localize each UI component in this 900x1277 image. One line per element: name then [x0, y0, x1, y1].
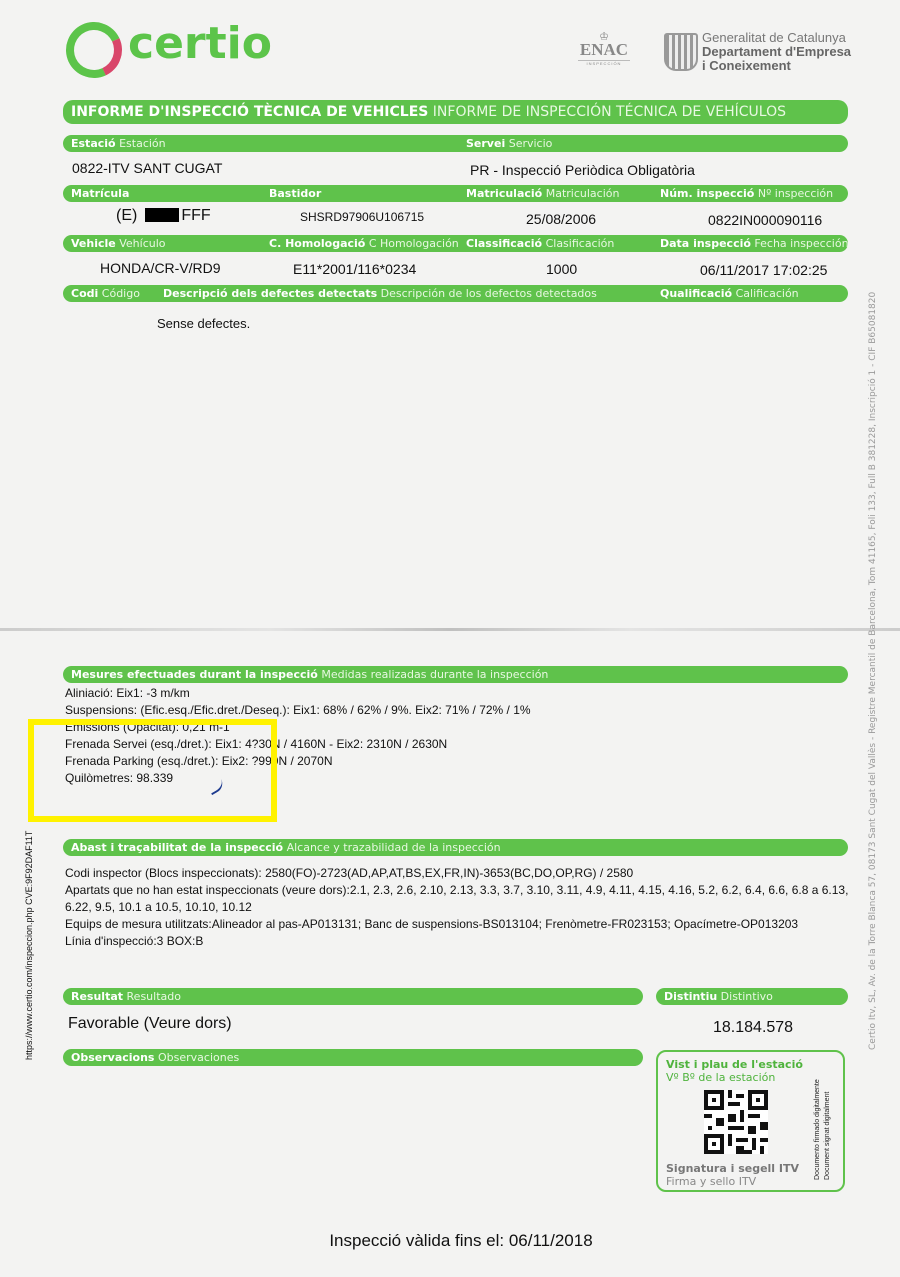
- label-servei: Servei: [466, 137, 505, 150]
- signature-foot-es: Firma y sello ITV: [666, 1175, 756, 1188]
- vehicle-value: HONDA/CR-V/RD9: [100, 260, 221, 276]
- generalitat-line3: i Coneixement: [702, 59, 851, 73]
- label-observacions: Observacions: [71, 1051, 154, 1064]
- station-service-header: Estació Estación Servei Servicio: [63, 135, 848, 152]
- label-calificacion: Calificación: [736, 287, 799, 300]
- label-resultado: Resultado: [127, 990, 181, 1003]
- label-classificacio: Classificació: [466, 237, 542, 250]
- measure-line: Suspensions: (Efic.esq./Efic.dret./Deseq…: [65, 703, 531, 717]
- label-vehicle: Vehicle: [71, 237, 116, 250]
- defects-header: Codi Código Descripció dels defectes det…: [63, 285, 848, 302]
- label-estacion: Estación: [119, 137, 166, 150]
- label-homologacio: C. Homologació: [269, 237, 365, 250]
- label-descripcion: Descripción de los defectos detectados: [381, 287, 597, 300]
- report-title: INFORME D'INSPECCIÓ TÈCNICA DE VEHICLES …: [63, 100, 848, 124]
- validity-text: Inspecció vàlida fins el: 06/11/2018: [0, 1231, 900, 1251]
- label-abast: Abast i traçabilitat de la inspecció: [71, 841, 283, 854]
- certio-logo-icon: [58, 14, 130, 86]
- distintiu-header: Distintiu Distintivo: [656, 988, 848, 1005]
- label-medidas: Medidas realizadas durante la inspección: [321, 668, 548, 681]
- label-num-inspeccion: Nº inspección: [758, 187, 833, 200]
- qr-code-icon: [704, 1090, 768, 1154]
- defects-text: Sense defectes.: [157, 316, 250, 331]
- label-matriculacion: Matriculación: [546, 187, 620, 200]
- inspection-date-value: 06/11/2017 17:02:25: [700, 262, 827, 278]
- signature-foot-ca: Signatura i segell ITV: [666, 1162, 799, 1175]
- label-codigo: Código: [102, 287, 140, 300]
- label-resultat: Resultat: [71, 990, 123, 1003]
- paper-fold: [0, 628, 900, 631]
- label-vehiculo: Vehículo: [119, 237, 165, 250]
- label-homologacion: C Homologación: [369, 237, 459, 250]
- distintiu-value: 18.184.578: [713, 1019, 793, 1037]
- label-matricula: Matrícula: [71, 187, 129, 200]
- signature-title-ca: Vist i plau de l'estació: [666, 1058, 803, 1071]
- measure-value: (Efic.esq./Efic.dret./Deseq.): Eix1: 68%…: [140, 703, 530, 717]
- title-es: INFORME DE INSPECCIÓN TÉCNICA DE VEHÍCUL…: [433, 104, 786, 120]
- label-bastidor: Bastidor: [269, 187, 321, 200]
- plate-prefix: (E): [116, 207, 137, 224]
- classification-value: 1000: [546, 261, 577, 277]
- title-ca: INFORME D'INSPECCIÓ TÈCNICA DE VEHICLES: [71, 104, 428, 120]
- registration-date-value: 25/08/2006: [526, 211, 596, 227]
- inspection-number-value: 0822IN000090116: [708, 212, 822, 228]
- label-estacio: Estació: [71, 137, 116, 150]
- signature-title-es: Vº Bº de la estación: [666, 1071, 775, 1084]
- vehicle-id-header: Matrícula Bastidor Matriculació Matricul…: [63, 185, 848, 202]
- digital-signature-ca: Document signat digitalment: [824, 1092, 831, 1180]
- label-matriculacio: Matriculació: [466, 187, 542, 200]
- label-alcance: Alcance y trazabilidad de la inspección: [287, 841, 501, 854]
- service-value: PR - Inspecció Periòdica Obligatòria: [470, 162, 695, 178]
- highlight-box: [28, 719, 277, 822]
- vin-value: SHSRD97906U106715: [300, 210, 424, 224]
- certio-logo-text: certio: [128, 18, 272, 69]
- observations-header: Observacions Observaciones: [63, 1049, 643, 1066]
- label-mesures: Mesures efectuades durant la inspecció: [71, 668, 318, 681]
- enac-logo: ♔ ENAC INSPECCIÓN: [578, 32, 630, 66]
- plate-suffix: FFF: [181, 207, 210, 224]
- signature-footer: Signatura i segell ITV Firma y sello ITV: [666, 1162, 799, 1188]
- generalitat-emblem-icon: [664, 33, 698, 71]
- measure-label: Suspensions:: [65, 703, 137, 717]
- measures-header: Mesures efectuades durant la inspecció M…: [63, 666, 848, 683]
- label-servicio: Servicio: [509, 137, 553, 150]
- scope-header: Abast i traçabilitat de la inspecció Alc…: [63, 839, 848, 856]
- label-descripcio: Descripció dels defectes detectats: [163, 287, 377, 300]
- label-qualificacio: Qualificació: [660, 287, 732, 300]
- scope-line: Línia d'inspecció:3 BOX:B: [65, 933, 850, 950]
- label-distintivo: Distintivo: [721, 990, 773, 1003]
- measure-line: Aliniació: Eix1: -3 m/km: [65, 686, 190, 700]
- measure-label: Aliniació:: [65, 686, 113, 700]
- generalitat-line2: Departament d'Empresa: [702, 45, 851, 59]
- generalitat-line1: Generalitat de Catalunya: [702, 31, 851, 45]
- homologation-value: E11*2001/116*0234: [293, 261, 416, 277]
- signature-box: Vist i plau de l'estació Vº Bº de la est…: [656, 1050, 845, 1192]
- label-num-inspeccio: Núm. inspecció: [660, 187, 754, 200]
- result-header: Resultat Resultado: [63, 988, 643, 1005]
- verification-url: https://www.certio.com/inspeccion.php CV…: [24, 831, 34, 1060]
- plate-value: (E)FFF: [116, 207, 211, 225]
- enac-name: ENAC: [578, 42, 630, 58]
- digital-signature-es: Documento firmado digitalmente: [814, 1079, 821, 1180]
- signature-title: Vist i plau de l'estació Vº Bº de la est…: [666, 1058, 803, 1084]
- measure-value: Eix1: -3 m/km: [116, 686, 189, 700]
- label-data-inspeccio: Data inspecció: [660, 237, 751, 250]
- station-value: 0822-ITV SANT CUGAT: [72, 160, 222, 176]
- result-value: Favorable (Veure dors): [68, 1015, 232, 1033]
- label-observaciones: Observaciones: [158, 1051, 239, 1064]
- label-distintiu: Distintiu: [664, 990, 717, 1003]
- label-fecha-inspeccion: Fecha inspección: [754, 237, 848, 250]
- label-clasificacion: Clasificación: [546, 237, 615, 250]
- company-legal-info: Certio Itv, SL, Av. de la Torre Blanca 5…: [868, 292, 878, 1050]
- scope-line: Equips de mesura utilitzats:Alineador al…: [65, 916, 850, 933]
- enac-sub: INSPECCIÓN: [578, 60, 630, 66]
- scope-line: Codi inspector (Blocs inspeccionats): 25…: [65, 865, 850, 882]
- vehicle-details-header: Vehicle Vehículo C. Homologació C Homolo…: [63, 235, 848, 252]
- generalitat-text: Generalitat de Catalunya Departament d'E…: [702, 31, 851, 73]
- redacted-block: [145, 208, 179, 222]
- label-codi: Codi: [71, 287, 98, 300]
- scope-line: Apartats que no han estat inspeccionats …: [65, 882, 850, 916]
- digital-signature-note: Documento firmado digitalmente Document …: [808, 1058, 838, 1186]
